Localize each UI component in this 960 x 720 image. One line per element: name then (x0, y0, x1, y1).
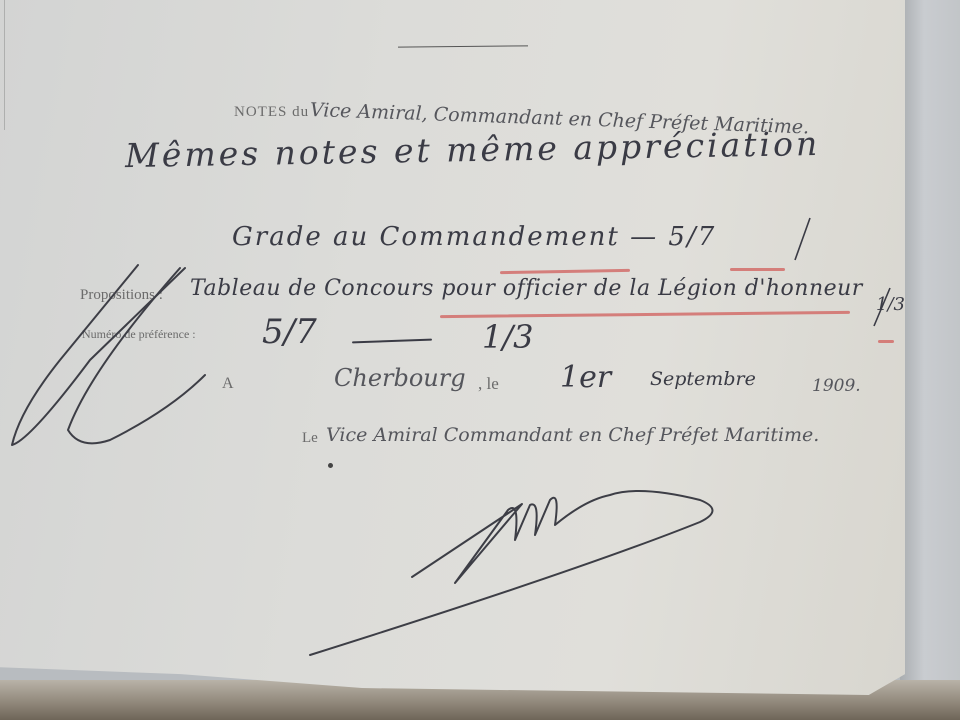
handwritten-strokes (0, 0, 905, 695)
fraction-stroke-1 (795, 218, 810, 260)
margin-flourish-2 (68, 268, 205, 443)
signature-stroke (310, 491, 713, 655)
fraction-stroke-2 (874, 288, 890, 326)
document-page: NOTES du Vice Amiral, Commandant en Chef… (0, 0, 905, 695)
background-right (900, 0, 960, 720)
